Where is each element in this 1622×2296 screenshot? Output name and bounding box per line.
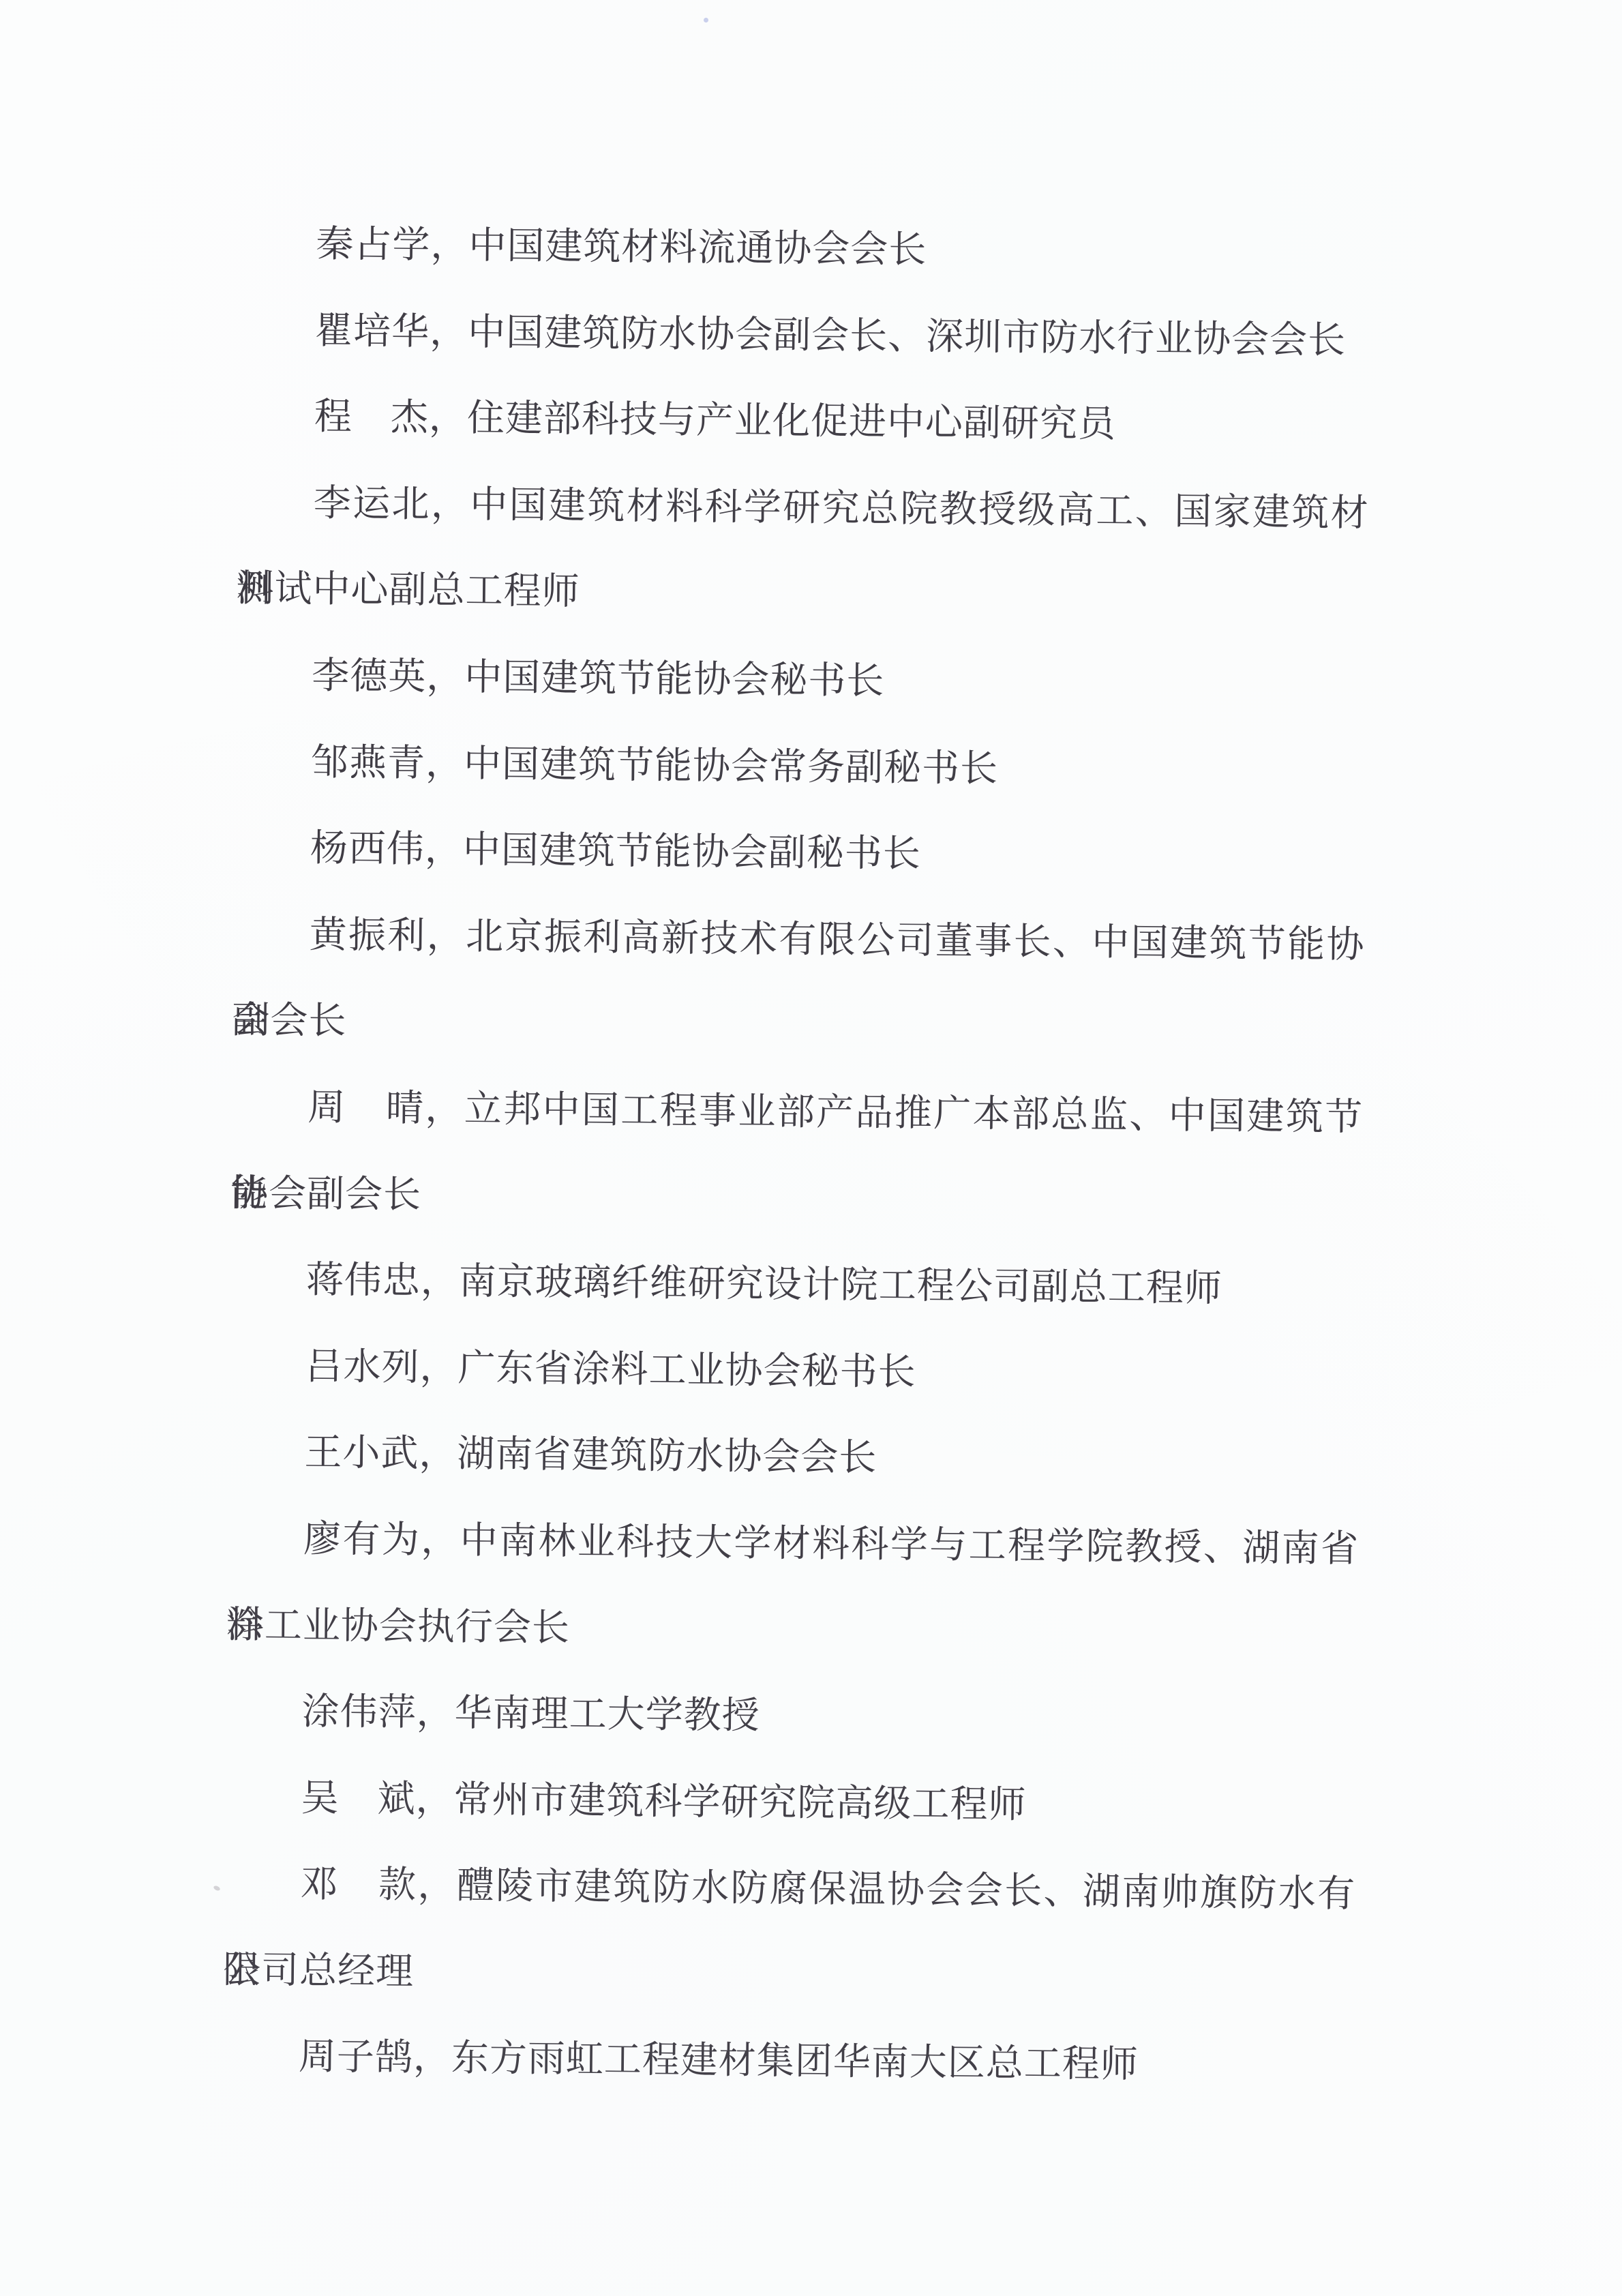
list-line: 吴 斌，常州市建筑科学研究院高级工程师: [224, 1755, 1357, 1852]
list-line: 程 杰，住建部科技与产业化促进中心副研究员: [237, 373, 1370, 471]
list-line: 杨西伟，中国建筑节能协会副秘书长: [233, 805, 1366, 902]
list-line: 料工业协会执行会长: [226, 1581, 1358, 1679]
list-line: 黄振利，北京振利高新技术有限公司董事长、中国建筑节能协会: [232, 891, 1365, 989]
list-line: 廖有为，中南林业科技大学材料科学与工程学院教授、湖南省涂: [227, 1495, 1360, 1593]
list-line: 副会长: [232, 977, 1364, 1075]
list-line: 吕水列，广东省涂料工业协会秘书长: [228, 1323, 1361, 1420]
list-line: 测试中心副总工程师: [236, 546, 1368, 643]
list-line: 王小武，湖南省建筑防水协会会长: [228, 1409, 1360, 1506]
list-line: 周子鹄，东方雨虹工程建材集团华南大区总工程师: [222, 2013, 1354, 2111]
list-line: 邓 款，醴陵市建筑防水防腐保温协会会长、湖南帅旗防水有限: [224, 1840, 1356, 1938]
list-line: 李德英，中国建筑节能协会秘书长: [235, 632, 1368, 730]
list-line: 协会副会长: [230, 1150, 1362, 1247]
name-list: 秦占学，中国建筑材料流通协会会长瞿培华，中国建筑防水协会副会长、深圳市防水行业协…: [222, 200, 1372, 2111]
list-line: 周 晴，立邦中国工程事业部产品推广本部总监、中国建筑节能: [231, 1064, 1364, 1161]
list-line: 秦占学，中国建筑材料流通协会会长: [239, 200, 1372, 298]
document-page: 秦占学，中国建筑材料流通协会会长瞿培华，中国建筑防水协会副会长、深圳市防水行业协…: [0, 0, 1622, 2296]
list-line: 邹燕青，中国建筑节能协会常务副秘书长: [234, 719, 1366, 816]
scan-speck: [704, 18, 708, 23]
list-line: 瞿培华，中国建筑防水协会副会长、深圳市防水行业协会会长: [239, 287, 1371, 385]
list-line: 蒋伟忠，南京玻璃纤维研究设计院工程公司副总工程师: [229, 1236, 1362, 1334]
list-line: 李运北，中国建筑材料科学研究总院教授级高工、国家建筑材料: [237, 460, 1369, 557]
scan-speck: [213, 1885, 221, 1892]
list-line: 涂伟萍，华南理工大学教授: [225, 1668, 1357, 1765]
list-line: 公司总经理: [222, 1927, 1355, 2025]
